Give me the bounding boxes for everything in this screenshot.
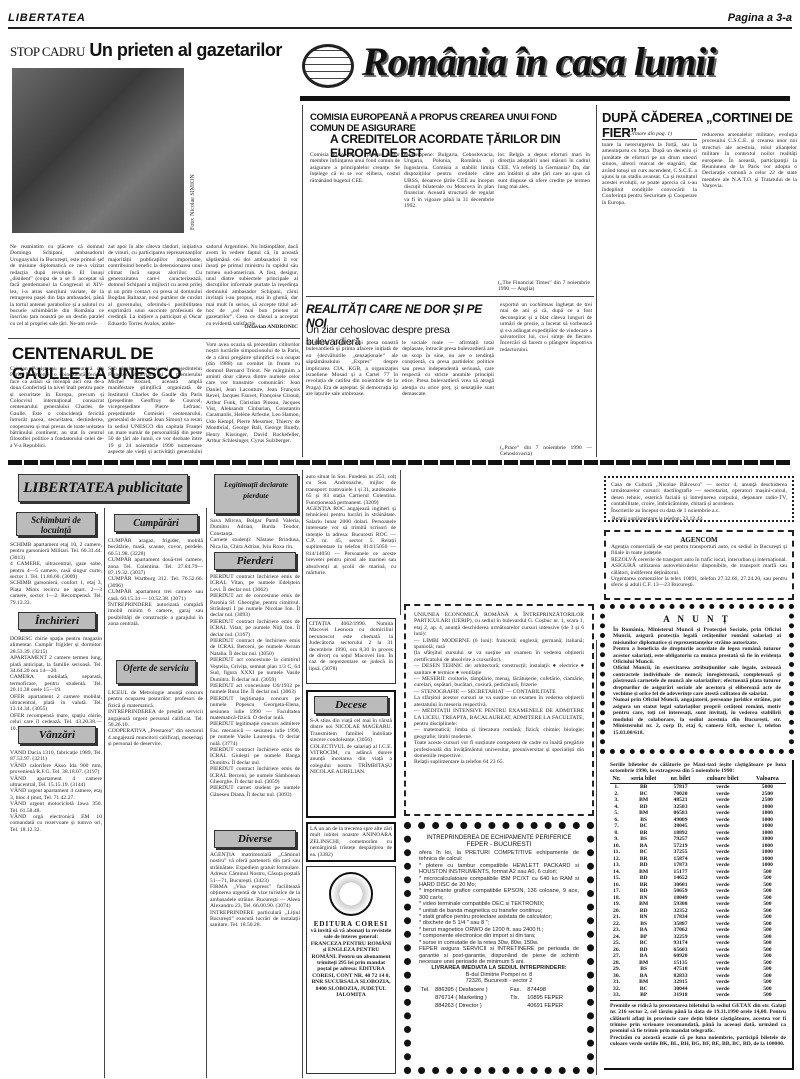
column-rule (596, 640, 597, 1075)
agencom-title: AGENCOM (611, 536, 787, 544)
column-rule (302, 105, 303, 457)
oferte-header: Oferte de serviciu (116, 660, 196, 684)
classified-item: Sava Mircea, Bolgar Pamil Valeria, Dumit… (210, 518, 300, 537)
column-rule (400, 470, 401, 615)
feper-contacts: Tel.886395 ( Desfacere )Fax.874498 87671… (419, 985, 579, 1011)
uerip-p8: — MEDITAȚII INTENSIVE PENTRU EXAMENELE D… (414, 708, 584, 727)
middle-classifieds: auto situat în Sos. Fundeni nr. 253, col… (306, 474, 396, 610)
vanzari-list: VÂND Dacia 1310, fabricație 1989, Tel. 8… (10, 750, 102, 1075)
pierderi-list: PIERDUT contract închiriere emis de ICRA… (210, 574, 300, 824)
lottery-footer-2: Precizăm cu această ocazie că pe luna no… (610, 1035, 786, 1048)
cortina-continued: (Urmare din pag. 1) (602, 131, 697, 137)
column-rule (104, 508, 105, 1078)
cortina-col1: toare la nerecurgerea la forță, sau la a… (602, 142, 697, 454)
uerip-p2: — LIMBI MODERNE (6 luni): franceză; engl… (414, 638, 584, 651)
agencom-p1: Agenția comercială de stat pentru transp… (611, 544, 787, 557)
stop-cadru-col2: zut apoi în alte câteva rânduri, inițiat… (108, 244, 202, 327)
uerip-p7: La sfârșitul acestor cursuri se va susți… (414, 695, 584, 708)
classified-item: PIERDUT contract închiriere emis de ICRA… (210, 747, 300, 766)
centenar-col1: Cristian Popișteanu ne comunică din Pari… (10, 366, 104, 456)
column-rule (596, 105, 597, 457)
maxi-taxi-lottery: Seriile biletelor de călătorie pe Maxi-t… (604, 760, 794, 1070)
feper-item: * imprimante grafice compatibile EPSON, … (419, 888, 579, 901)
classified-item: SCHIMB apartament etaj 10, 2 camere, pen… (10, 542, 102, 561)
legitimatii-list: Sava Mircea, Bolgar Pamil Valeria, Dumit… (210, 518, 300, 550)
contact-row: Tel.886395 ( Desfacere )Fax.874498 (421, 987, 577, 993)
classified-item: PIERDUT legitimația concurs pe numele Po… (210, 696, 300, 722)
inchirieri-header: Închirieri (18, 612, 96, 630)
classified-item: AGENȚIA ROC angajează ingineri și tehnic… (306, 506, 396, 576)
contact-row: 884263 ( Director )40691 FEPER (421, 1003, 577, 1009)
globe-icon (302, 44, 354, 88)
classified-item: PIERDUT legitimație concurs admitere Fac… (210, 721, 300, 747)
editura-text: vă invită să vă abonați la revistele sal… (310, 928, 392, 998)
lottery-table: Nr. seria bilet nr. bilet culoare bilet … (610, 775, 786, 999)
classified-item: COOPERATIVA „Prestarea” din sectorul 4 a… (108, 728, 203, 747)
schimburi-list: SCHIMB apartament etaj 10, 2 camere, pen… (10, 542, 102, 606)
cumparari-list: CUMPĂR aragaz, frigider, mobilă bucătări… (108, 538, 203, 628)
divider (602, 139, 697, 140)
balcescu-line3: Relații suplimentare la telefon: 23.12.4… (612, 516, 792, 522)
romania-banner: România în casa lumii (300, 38, 790, 92)
decese-header: Decese (314, 696, 388, 714)
schimburi-header: Schimburi de locuință (16, 512, 96, 536)
classified-item: LICEUL de Metrologie anunță concurs pent… (108, 690, 203, 709)
lottery-intro: Seriile biletelor de călătorie pe Maxi-t… (610, 762, 786, 775)
classified-item: PIERDUT act concesiune U6/1932 pe numele… (210, 683, 300, 696)
divider (8, 338, 300, 339)
oferte-list: LICEUL de Metrologie anunță concurs pent… (108, 690, 203, 1075)
classified-item: VÂND urgent motocicletă Jawa 350. Tel. 6… (10, 801, 102, 814)
cumparari-header: Cumpărări (114, 514, 198, 532)
balcescu-text: Casa de Cultură „Nicolae Bălcescu” — sec… (611, 482, 787, 508)
lottery-row: 33.BP31918verde500 (610, 992, 786, 999)
lottery-body: 1.BB57817verde50002.BC70020verde25003.BM… (610, 784, 786, 999)
lottery-header-row: Nr. seria bilet nr. bilet culoare bilet … (610, 775, 786, 784)
masthead: LIBERTATEA (8, 12, 86, 24)
classified-item: Carnete studenți: Năstase Brindusa, Nica… (210, 537, 300, 550)
stop-cadru-title: Un prieten al gazetarilor (89, 40, 282, 60)
centenar-col2: Sub înaltul patronaj al președintelui Fr… (108, 366, 202, 456)
balcescu-line2: Înscrierile au început cu data de 1 noie… (611, 508, 787, 514)
uerip-p1: UNIUNEA ECONOMICĂ ROMÂNĂ A ÎNTREPRINZĂTO… (414, 612, 584, 638)
stop-cadru-col1: Ne reamintim cu plăcere că domnul Doming… (10, 244, 104, 327)
contact-row: 876714 ( Marketing )Tlx.10895 FEPER (421, 995, 577, 1001)
comisia-col1: Comisia Europeană a propus țărilor membr… (310, 152, 400, 282)
classified-item: INTREPRINDERE particulară „Lițiul Bucure… (210, 910, 300, 929)
agencom-p3: ASIGURĂ utilizarea autovehiculelor dispo… (611, 563, 787, 576)
classified-item: DORESC chirie spațiu pentru magazin alim… (10, 636, 102, 655)
feper-title-2: FEPER - BUCURESTI (419, 841, 579, 848)
feper-ad: INTREPRINDEREA DE ECHIPAMENTE PERIFERICE… (404, 822, 594, 1074)
editura-logo-icon (329, 872, 373, 916)
feper-item: * plotere cu tambur compatibile HEWLETT … (419, 863, 579, 876)
classified-item: FIRMA „Visa express” facilitează obținer… (210, 884, 300, 910)
uerip-ad: UNIUNEA ECONOMICĂ ROMÂNĂ A ÎNTREPRINZĂTO… (404, 604, 594, 816)
classified-item: PIERDUT contract de închiriere emis de I… (210, 638, 300, 657)
classified-item: APARTAMENT 2 camere termen lung, plată a… (10, 655, 102, 674)
divider (306, 296, 594, 297)
anunt-p3: Oficiul Muncii, în exercitarea atribuțiu… (613, 665, 781, 697)
banner-rule (300, 96, 790, 101)
citatie-box: CITAȚIA 4062/1990. Numita Macovei Leonor… (306, 618, 396, 684)
anunt-p2: Pentru a beneficia de drepturile acordat… (613, 646, 781, 665)
classified-item: INTREPRINDEREA de prestări servicii anga… (108, 709, 203, 728)
centenar-col3: Vom avea ocazia să prezentăm cititorilor… (206, 342, 300, 456)
column-rule (206, 508, 207, 1078)
classified-item: LA un an de la trecerea spre alte zări m… (310, 826, 392, 858)
banner-title: România în casa lumii (362, 38, 716, 85)
classified-item: CITAȚIA 4062/1990. Numita Macovei Leonor… (309, 621, 393, 672)
comisia-headline-1: COMISIA EUROPEANĂ A PROPUS CREAREA UNUI … (310, 112, 592, 134)
editura-coresi-ad: EDITURA CORESI vă invită să vă abonați l… (306, 866, 396, 1074)
stop-cadru-headline: STOP CADRU Un prieten al gazetarilor (10, 40, 282, 61)
classified-item: ÎNTREPRINDERE autorizată cumpără imobil … (108, 602, 203, 628)
classified-item: VÂND urgent apartament 4 camere, etaj 3,… (10, 788, 102, 801)
classified-item: AGENȚIA matrimonială „Căminul nostru” vă… (210, 852, 300, 884)
classified-item: 4 CAMERE, ultracentral, gaze sobe, pentr… (10, 561, 102, 580)
photo-credit: Foto: Nicolae SIMION (190, 140, 198, 230)
stop-cadru-col3: sadorul Argentinei. Nu întâmplător, dacă… (206, 244, 298, 330)
classified-item: CAMERA mobilată, separată, termoficare, … (10, 674, 102, 693)
comisia-source: („The Financial Times” din 7 noiembrie 1… (498, 280, 590, 293)
classified-item: VÂND apartament 4 camere ultracentral, T… (10, 776, 102, 789)
feper-delivery: LIVRAREA IMEDIATA LA SEDIUL INTREPRINDER… (419, 965, 579, 971)
cortina-col2: reducerea arsenalelor militare, evoluția… (702, 132, 797, 454)
comisia-col3: lor. Belgia a depus eforturi mari în dir… (498, 152, 590, 277)
realitati-source: („Prace” din 7 noiembrie 1990 — Cehoslov… (500, 445, 592, 458)
column-rule (302, 470, 303, 1078)
pierderi-header: Pierderi (214, 552, 296, 570)
classified-item: SCHIMB garsonieră, confort 1, etaj 3, Pi… (10, 580, 102, 606)
classified-item: CUMPĂR aragaz, frigider, mobilă bucătări… (108, 538, 203, 557)
classified-item: PIERDUT act de concesiune emis de Parohi… (210, 593, 300, 619)
vanzari-header: Vânzări (18, 726, 96, 744)
page-label: Pagina a 3-a (728, 12, 792, 24)
classified-item: S-A stins din viață cel mai în vârstă di… (310, 718, 392, 744)
realitati-col3: exportul un cochimsas înghețat de trei m… (500, 302, 592, 442)
anunt-title: A N U N Ț (613, 614, 781, 624)
comemorare-box: LA un an de la trecerea spre alte zări m… (306, 822, 396, 862)
feper-item: * microcalculatoare compatibile IBM PC/X… (419, 876, 579, 889)
classified-item: PIERDUT act concesiune la cimitirul Veșt… (210, 657, 300, 683)
feper-service: FEPER asigura SERVICII si INTRETINERE pe… (419, 946, 579, 965)
stop-cadru-author: Octavian ANDRONIC (228, 324, 298, 330)
classified-item: VÂND orgă electronică EM 10 comandată cu… (10, 814, 102, 833)
uerip-p5: — MESERII: croitorie, tâmplărie, menaj, … (414, 676, 584, 689)
classified-item: CUMPĂR apartament două-trei camere, zona… (108, 557, 203, 576)
inchirieri-list: DORESC chirie spațiu pentru magazin alim… (10, 636, 102, 732)
classified-item: VÂND calorifere Akso Ida 900 mm, proveni… (10, 763, 102, 776)
publicitate-banner: LIBERTATEA publicitate (18, 474, 188, 502)
classified-item: PIERDUT contract închiriere emis de ICRA… (210, 574, 300, 593)
stop-cadru-kicker: STOP CADRU (10, 44, 85, 59)
classified-item: PIERDUT contract închiriere emis de ICRA… (210, 766, 300, 785)
uerip-p4: — DESEN TEHNIC de: arhitectură; construc… (414, 663, 584, 676)
anunt-ad: A N U N Ț În România, Ministerul Muncii … (600, 604, 794, 754)
diverse-header: Diverse (214, 830, 296, 848)
comisia-col2: est-europene: Bulgaria, Cehoslovacia, Un… (404, 152, 494, 282)
section-band (8, 460, 792, 465)
realitati-col1: În sfârșit, avem și noi presa noastră bu… (306, 340, 398, 458)
lottery-footer-1: Premiile se ridică la prezentarea biletu… (610, 1003, 786, 1035)
agencom-ad: AGENCOM Agenția comercială de stat pentr… (604, 530, 794, 600)
classified-item: auto situat în Sos. Fundeni nr. 253, col… (306, 474, 396, 506)
agencom-p4: Urgentarea comenzilor la telex 10891, te… (611, 576, 787, 589)
decese-box: Decese S-A stins din viață cel mai în vâ… (306, 690, 396, 818)
uerip-p11: Relații suplimentare la telefon 64 23 65… (414, 759, 584, 765)
diverse-list: AGENȚIA matrimonială „Căminul nostru” vă… (210, 852, 300, 1074)
editura-name: EDITURA CORESI (310, 920, 392, 928)
classified-item: CUMPĂR apartament trei camere sau casă. … (108, 589, 203, 602)
uerip-p9: — matematică; limba și literatura română… (414, 727, 584, 740)
classified-item: COLECTIVUL de salariați al I.C.E. VITROC… (310, 744, 392, 776)
uerip-p10: Toate aceste cursuri vor fi susținute co… (414, 740, 584, 759)
classified-item: CUMPĂR Wartburg 312. Tel. 76.52.66. (309… (108, 576, 203, 589)
classified-item: PIERDUT contract închiriere emis de ICRA… (210, 619, 300, 638)
classified-item: PIERDUT carnet student pe numele Găneseu… (210, 785, 300, 798)
classified-item: OFER apartament 2 camere mobilat, ultrac… (10, 694, 102, 713)
classified-item: VÂND Dacia 1310, fabricație 1989, Tel. 8… (10, 750, 102, 763)
lottery-row: 1.BB57817verde5000 (610, 784, 786, 791)
legitimatii-banner: Legitimații declarate pierdute (214, 474, 298, 514)
header-rule (8, 27, 792, 29)
feper-intro: ofera în lei, la PRETURI COMPETITIVE ech… (419, 850, 579, 863)
anunt-p1: În România, Ministerul Muncii și Protecț… (613, 627, 781, 646)
ambassador-photo (12, 68, 184, 233)
realitati-col2: le sociale reale — afirmații total depla… (402, 340, 494, 458)
uerip-p3: (la sfârșitul cursului se va susține un … (414, 650, 584, 663)
anunt-p4: Numai prin Oficiul Muncii, angajatorii, … (613, 697, 781, 735)
